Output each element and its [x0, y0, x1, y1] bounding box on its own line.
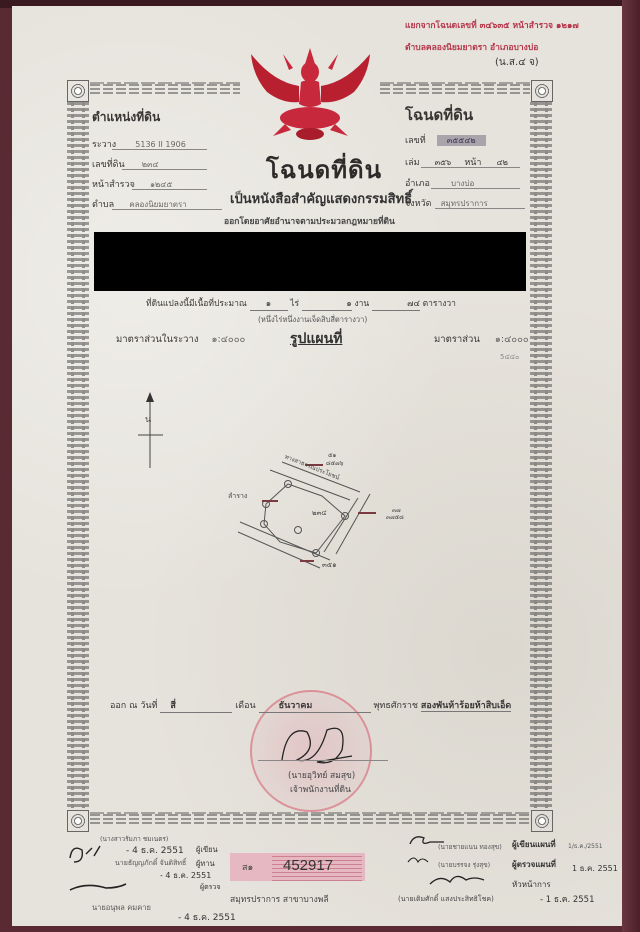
map-label: ๘๕๗๖	[326, 458, 344, 468]
officer-signature	[272, 720, 362, 770]
document-title: โฉนดที่ดิน	[266, 150, 382, 189]
subdistrict-value: คลองนิยมยาตรา	[129, 200, 187, 209]
officer-title: เจ้าพนักงานที่ดิน	[290, 782, 351, 796]
checker-role: ผู้ตรวจ	[200, 882, 220, 893]
parcel-number-value: ๒๓๔	[142, 160, 159, 169]
deed-row: เล่ม ๓๕๖ หน้า ๔๒	[405, 150, 520, 168]
map-scale-value: ๑:๔๐๐๐	[495, 334, 529, 345]
land-office-name: สมุทรปราการ สาขาบางพลี	[230, 892, 329, 906]
province-value: สมุทรปราการ	[441, 199, 488, 208]
border-corner-ornament	[531, 810, 553, 832]
issue-day: สี่	[160, 698, 232, 713]
fee-prefix: ส๑	[242, 860, 253, 874]
deed-row: อำเภอ บางบ่อ	[405, 171, 520, 189]
header-note-line1: แยกจากโฉนดเลขที่ ๓๔๖๓๕ หน้าสำรวจ ๑๒๑๗	[405, 18, 579, 32]
issue-year: สองพันห้าร้อยห้าสิบเอ็ด	[421, 701, 511, 712]
map-scale-label: มาตราส่วน	[434, 334, 480, 345]
location-label: ระวาง	[92, 140, 116, 150]
map-label: ๓๗๕๘	[386, 512, 404, 522]
location-row: หน้าสำรวจ ๑๒๔๕	[92, 172, 207, 190]
area-ngan-value: ๑	[302, 296, 352, 311]
survey-page-value: ๑๒๔๕	[150, 180, 172, 189]
border-corner-ornament	[67, 80, 89, 102]
area-ngan-unit: งาน	[354, 299, 369, 309]
map-title: รูปแผนที่	[290, 328, 342, 350]
deed-label: จังหวัด	[405, 199, 432, 209]
map-scale: มาตราส่วน ๑:๔๐๐๐	[434, 332, 529, 347]
head-role: หัวหน้าการ	[512, 878, 551, 891]
north-label: น	[145, 412, 151, 426]
garuda-emblem-icon	[243, 46, 378, 142]
map-writer-date: 1/ธ.ค./2551	[568, 841, 603, 851]
writer-role: ผู้เขียน	[196, 844, 218, 856]
map-sheet-scale: มาตราส่วนในระวาง ๑:๔๐๐๐	[116, 332, 245, 347]
area-rai-value: ๑	[250, 296, 288, 311]
year-label: พุทธศักราช	[373, 701, 418, 711]
page-value: ๔๒	[497, 158, 508, 167]
area-sqwa-value: ๗๔	[372, 296, 420, 311]
area-sqwa-unit: ตารางวา	[423, 299, 456, 309]
header-note-line2: ตำบลคลองนิยมยาตรา อำเภอบางบ่อ	[405, 40, 538, 54]
reviewer-date: - 4 ธ.ค. 2551	[160, 869, 211, 882]
fee-number: 452917	[283, 857, 333, 874]
border-corner-ornament	[67, 810, 89, 832]
deed-heading: โฉนดที่ดิน	[405, 103, 473, 127]
parcel-label: ๒๓๔	[312, 508, 327, 519]
background-surface	[622, 0, 640, 932]
head-date: - 1 ธ.ค. 2551	[540, 892, 595, 906]
border-left	[67, 102, 89, 810]
map-checker-date: 1 ธ.ค. 2551	[572, 862, 618, 875]
area-rai-unit: ไร่	[290, 299, 299, 309]
map-checker-role: ผู้ตรวจแผนที่	[512, 858, 556, 871]
location-label: เลขที่ดิน	[92, 160, 125, 170]
deed-row: เลขที่ ๓๕๕๔๒	[405, 128, 515, 147]
redacted-owner-info	[94, 232, 526, 291]
district-value: บางบ่อ	[451, 179, 474, 188]
area-row: ที่ดินแปลงนี้มีเนื้อที่ประมาณ ๑ ไร่ ๑ งา…	[146, 296, 516, 311]
deed-label: อำเภอ	[405, 179, 430, 189]
area-in-words: (หนึ่งไร่หนึ่งงานเจ็ดสิบสี่ตารางวา)	[258, 314, 367, 326]
north-arrow-icon	[135, 390, 165, 470]
location-label: ตำบล	[92, 200, 114, 210]
month-label: เดือน	[235, 701, 255, 711]
issuing-authority: ออกโดยอาศัยอำนาจตามประมวลกฎหมายที่ดิน	[224, 214, 395, 228]
border-corner-ornament	[531, 80, 553, 102]
deed-number-value: ๓๕๕๔๒	[437, 135, 486, 146]
footer-right-signatures	[400, 832, 510, 892]
deed-label: เลขที่	[405, 136, 426, 146]
deed-row: จังหวัด สมุทรปราการ	[405, 191, 525, 209]
parcel-map	[220, 440, 420, 570]
document-subtitle: เป็นหนังสือสำคัญแสดงกรรมสิทธิ์	[230, 188, 412, 209]
location-row: เลขที่ดิน ๒๓๔	[92, 152, 207, 170]
map-label: ลำราง	[228, 491, 247, 502]
map-label: ๓๕๑	[322, 560, 337, 571]
signature-line	[258, 760, 388, 761]
border-bottom	[90, 812, 530, 828]
map-sheet-value: 5136 II 1906	[135, 140, 186, 149]
checker-date: - 4 ธ.ค. 2551	[178, 910, 236, 924]
border-top-right	[380, 82, 530, 98]
location-label: หน้าสำรวจ	[92, 180, 135, 190]
head-name: (นายเติมศักดิ์ แสงประสิทธิโชค)	[398, 894, 494, 905]
volume-value: ๓๕๖	[435, 158, 452, 167]
issue-date-row: ออก ณ วันที่ สี่ เดือน ธันวาคม พุทธศักรา…	[110, 698, 540, 713]
form-code: (น.ส.๔ จ)	[495, 55, 539, 70]
footer-signatures	[66, 838, 136, 908]
map-sheet-scale-value: ๑:๔๐๐๐	[212, 334, 246, 345]
area-label: ที่ดินแปลงนี้มีเนื้อที่ประมาณ	[146, 299, 247, 309]
location-heading: ตำแหน่งที่ดิน	[92, 108, 160, 127]
officer-name: (นายอุวิทย์ สมสุข)	[288, 768, 355, 782]
deed-label: เล่ม	[405, 158, 420, 168]
location-row: ตำบล คลองนิยมยาตรา	[92, 192, 222, 210]
map-writer-role: ผู้เขียนแผนที่	[512, 838, 556, 851]
issue-month: ธันวาคม	[259, 698, 371, 713]
border-top-left	[90, 82, 240, 98]
deed-label: หน้า	[464, 158, 481, 168]
issued-label: ออก ณ วันที่	[110, 701, 157, 711]
location-row: ระวาง 5136 II 1906	[92, 132, 207, 150]
scale-note: 5๔๔๐	[500, 352, 519, 363]
map-sheet-scale-label: มาตราส่วนในระวาง	[116, 334, 198, 345]
